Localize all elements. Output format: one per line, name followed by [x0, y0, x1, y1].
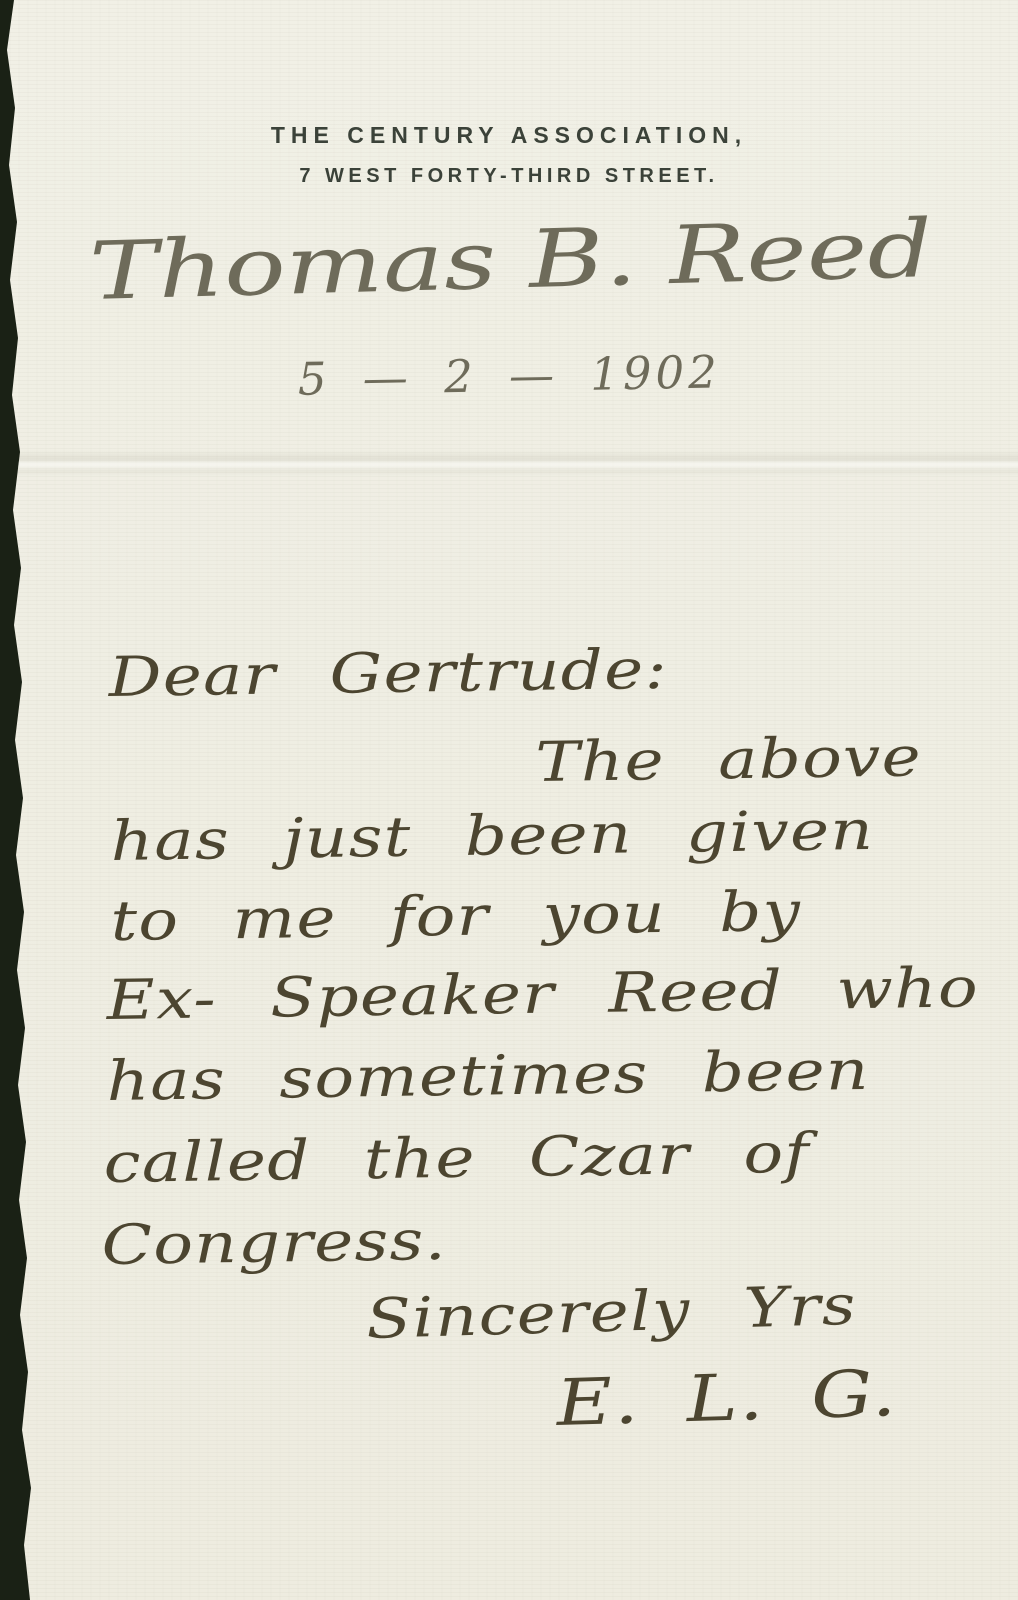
note-signature-initials: E. L. G.: [555, 1362, 898, 1436]
note-line: Congress.: [101, 1213, 447, 1273]
note-line: Ex- Speaker Reed who: [106, 960, 979, 1028]
letterhead-address: 7 WEST FORTY-THIRD STREET.: [0, 166, 1018, 186]
note-line: to me for you by: [110, 884, 802, 949]
scanned-letter: THE CENTURY ASSOCIATION, 7 WEST FORTY-TH…: [0, 0, 1018, 1600]
autograph-signature-thomas-b-reed: Thomas B. Reed: [88, 209, 934, 312]
note-line: has sometimes been: [106, 1043, 870, 1109]
note-line: The above: [535, 729, 922, 790]
note-line: has just been given: [110, 803, 875, 869]
letterhead-organization: THE CENTURY ASSOCIATION,: [0, 124, 1018, 147]
note-line: called the Czar of: [103, 1126, 810, 1191]
letterhead: THE CENTURY ASSOCIATION, 7 WEST FORTY-TH…: [0, 124, 1018, 186]
note-valediction: Sincerely Yrs: [365, 1278, 858, 1347]
letter-paper: THE CENTURY ASSOCIATION, 7 WEST FORTY-TH…: [0, 0, 1018, 1600]
note-salutation: Dear Gertrude:: [108, 642, 668, 705]
autograph-date: 5 — 2 — 1902: [0, 344, 1018, 407]
fold-crease: [0, 450, 1018, 476]
